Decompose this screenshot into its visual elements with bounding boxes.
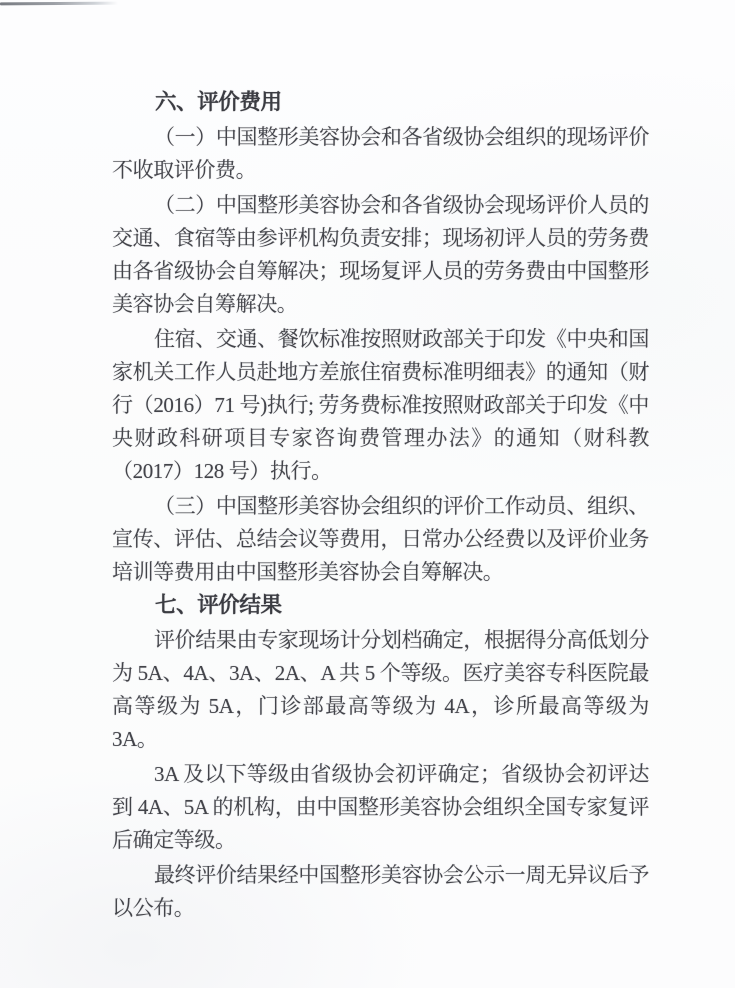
paragraph-fee-standards: 住宿、交通、餐饮标准按照财政部关于印发《中央和国家机关工作人员赴地方差旅住宿费标… <box>112 323 649 488</box>
paragraph-result-review-process: 3A 及以下等级由省级协会初评确定；省级协会初评达到 4A、5A 的机构，由中国… <box>112 758 649 857</box>
paragraph-result-grading: 评价结果由专家现场计分划档确定，根据得分高低划分为 5A、4A、3A、2A、A … <box>112 624 649 756</box>
section-heading-evaluation-results: 七、评价结果 <box>112 589 649 622</box>
section-heading-evaluation-fees: 六、评价费用 <box>112 86 649 119</box>
scan-artifact-line <box>0 2 118 6</box>
scanned-document-page: 六、评价费用 （一）中国整形美容协会和各省级协会组织的现场评价不收取评价费。 （… <box>0 0 735 988</box>
paragraph-fee-3: （三）中国整形美容协会组织的评价工作动员、组织、宣传、评估、总结会议等费用，日常… <box>112 490 649 589</box>
document-content: 六、评价费用 （一）中国整形美容协会和各省级协会组织的现场评价不收取评价费。 （… <box>112 86 649 925</box>
paragraph-fee-1: （一）中国整形美容协会和各省级协会组织的现场评价不收取评价费。 <box>112 121 649 187</box>
paragraph-fee-2: （二）中国整形美容协会和各省级协会现场评价人员的交通、食宿等由参评机构负责安排；… <box>112 189 649 321</box>
paragraph-result-publication: 最终评价结果经中国整形美容协会公示一周无异议后予以公布。 <box>112 859 649 925</box>
